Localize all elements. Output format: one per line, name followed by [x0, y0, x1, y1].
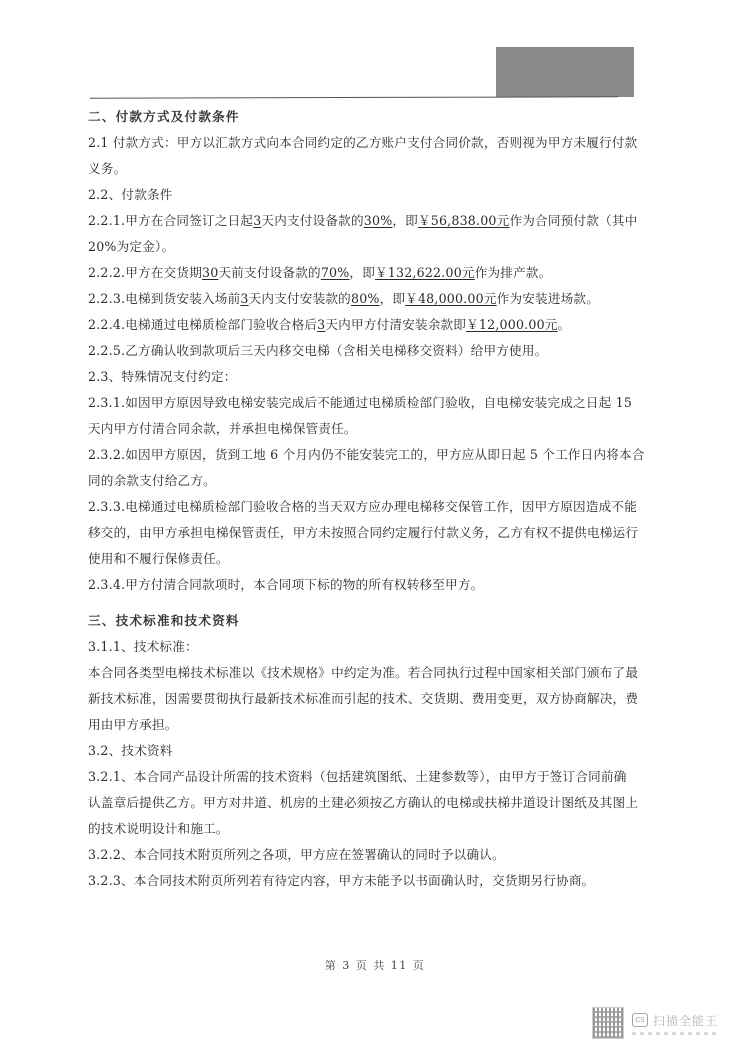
clause-2-2-5: 2.2.5.乙方确认收到款项后三天内移交电梯（含相关电梯移交资料）给甲方使用。 [88, 338, 668, 364]
percent-value: 70% [321, 265, 350, 280]
clause-2-3-3-line-1: 2.3.3.电梯通过电梯质检部门验收合格的当天双方应办理电梯移交保管工作，因甲方… [88, 494, 668, 520]
clause-3-1-1-title: 3.1.1、技术标准： [88, 634, 668, 660]
clause-2-3-2-line-1: 2.3.2.如因甲方原因，货到工地 6 个月内仍不能安装完工的，甲方应从即日起 … [88, 442, 668, 468]
header-rule [90, 96, 618, 98]
redacted-stamp-block [496, 47, 634, 97]
amount-value: ￥132,622.00元 [375, 265, 475, 280]
clause-3-2-1-line-3: 的技术说明设计和施工。 [88, 816, 668, 842]
clause-3-2-2: 3.2.2、本合同技术附页所列之各项，甲方应在签署确认的同时予以确认。 [88, 842, 668, 868]
days-value: 3 [240, 291, 248, 306]
clause-3-2-title: 3.2、技术资料 [88, 738, 668, 764]
qr-code-icon [592, 1007, 624, 1039]
clause-2-2-title: 2.2、付款条件 [88, 182, 668, 208]
watermark-subtext [632, 1032, 718, 1035]
clause-2-2-2: 2.2.2.甲方在交货期30天前支付设备款的70%，即￥132,622.00元作… [88, 260, 668, 286]
clause-3-1-1-line-2: 新技术标准，因需要贯彻执行最新技术标准而引起的技术、交货期、费用变更，双方协商解… [88, 686, 668, 712]
clause-3-2-3: 3.2.3、本合同技术附页所列若有待定内容，甲方未能予以书面确认时，交货期另行协… [88, 868, 668, 894]
clause-2-2-1: 2.2.1.甲方在合同签订之日起3天内支付设备款的30%，即￥56,838.00… [88, 208, 668, 234]
clause-2-3-2-line-2: 同的余款支付给乙方。 [88, 468, 668, 494]
clause-2-3-1-line-2: 天内甲方付清合同余款，并承担电梯保管责任。 [88, 416, 668, 442]
amount-value: ￥56,838.00元 [418, 213, 509, 228]
days-value: 30 [202, 265, 218, 280]
clause-2-3-1-line-1: 2.3.1.如因甲方原因导致电梯安装完成后不能通过电梯质检部门验收，自电梯安装完… [88, 390, 668, 416]
clause-3-1-1-line-1: 本合同各类型电梯技术标准以《技术规格》中约定为准。若合同执行过程中国家相关部门颁… [88, 660, 668, 686]
clause-3-1-1-line-3: 用由甲方承担。 [88, 712, 668, 738]
percent-value: 80% [351, 291, 380, 306]
camscanner-logo-icon: CS [632, 1013, 648, 1027]
clause-2-2-1-line-2: 20%为定金）。 [88, 234, 668, 260]
scanner-watermark: CS 扫描全能王 [592, 1007, 718, 1039]
percent-value: 30% [364, 213, 393, 228]
clause-2-3-title: 2.3、特殊情况支付约定： [88, 364, 668, 390]
clause-2-3-3-line-3: 使用和不履行保修责任。 [88, 546, 668, 572]
clause-2-2-4: 2.2.4.电梯通过电梯质检部门验收合格后3天内甲方付清安装余款即￥12,000… [88, 312, 668, 338]
section-2-heading: 二、付款方式及付款条件 [88, 104, 668, 130]
clause-3-2-1-line-1: 3.2.1、本合同产品设计所需的技术资料（包括建筑图纸、土建参数等），由甲方于签… [88, 764, 668, 790]
watermark-text: 扫描全能王 [653, 1012, 718, 1029]
clause-2-1-line-2: 义务。 [88, 156, 668, 182]
amount-value: ￥48,000.00元 [405, 291, 496, 306]
page-number: 第 3 页 共 11 页 [0, 957, 750, 973]
clause-3-2-1-line-2: 认盖章后提供乙方。甲方对井道、机房的土建必须按乙方确认的电梯或扶梯井道设计图纸及… [88, 790, 668, 816]
clause-2-3-3-line-2: 移交的，由甲方承担电梯保管责任，甲方未按照合同约定履行付款义务，乙方有权不提供电… [88, 520, 668, 546]
section-3-heading: 三、技术标准和技术资料 [88, 608, 668, 634]
document-body: 二、付款方式及付款条件 2.1 付款方式：甲方以汇款方式向本合同约定的乙方账户支… [88, 104, 668, 894]
clause-2-2-3: 2.2.3.电梯到货安装入场前3天内支付安装款的80%，即￥48,000.00元… [88, 286, 668, 312]
clause-2-3-4: 2.3.4.甲方付清合同款项时，本合同项下标的物的所有权转移至甲方。 [88, 572, 668, 598]
amount-value: ￥12,000.00元 [466, 317, 557, 332]
clause-2-1-line-1: 2.1 付款方式：甲方以汇款方式向本合同约定的乙方账户支付合同价款，否则视为甲方… [88, 130, 668, 156]
